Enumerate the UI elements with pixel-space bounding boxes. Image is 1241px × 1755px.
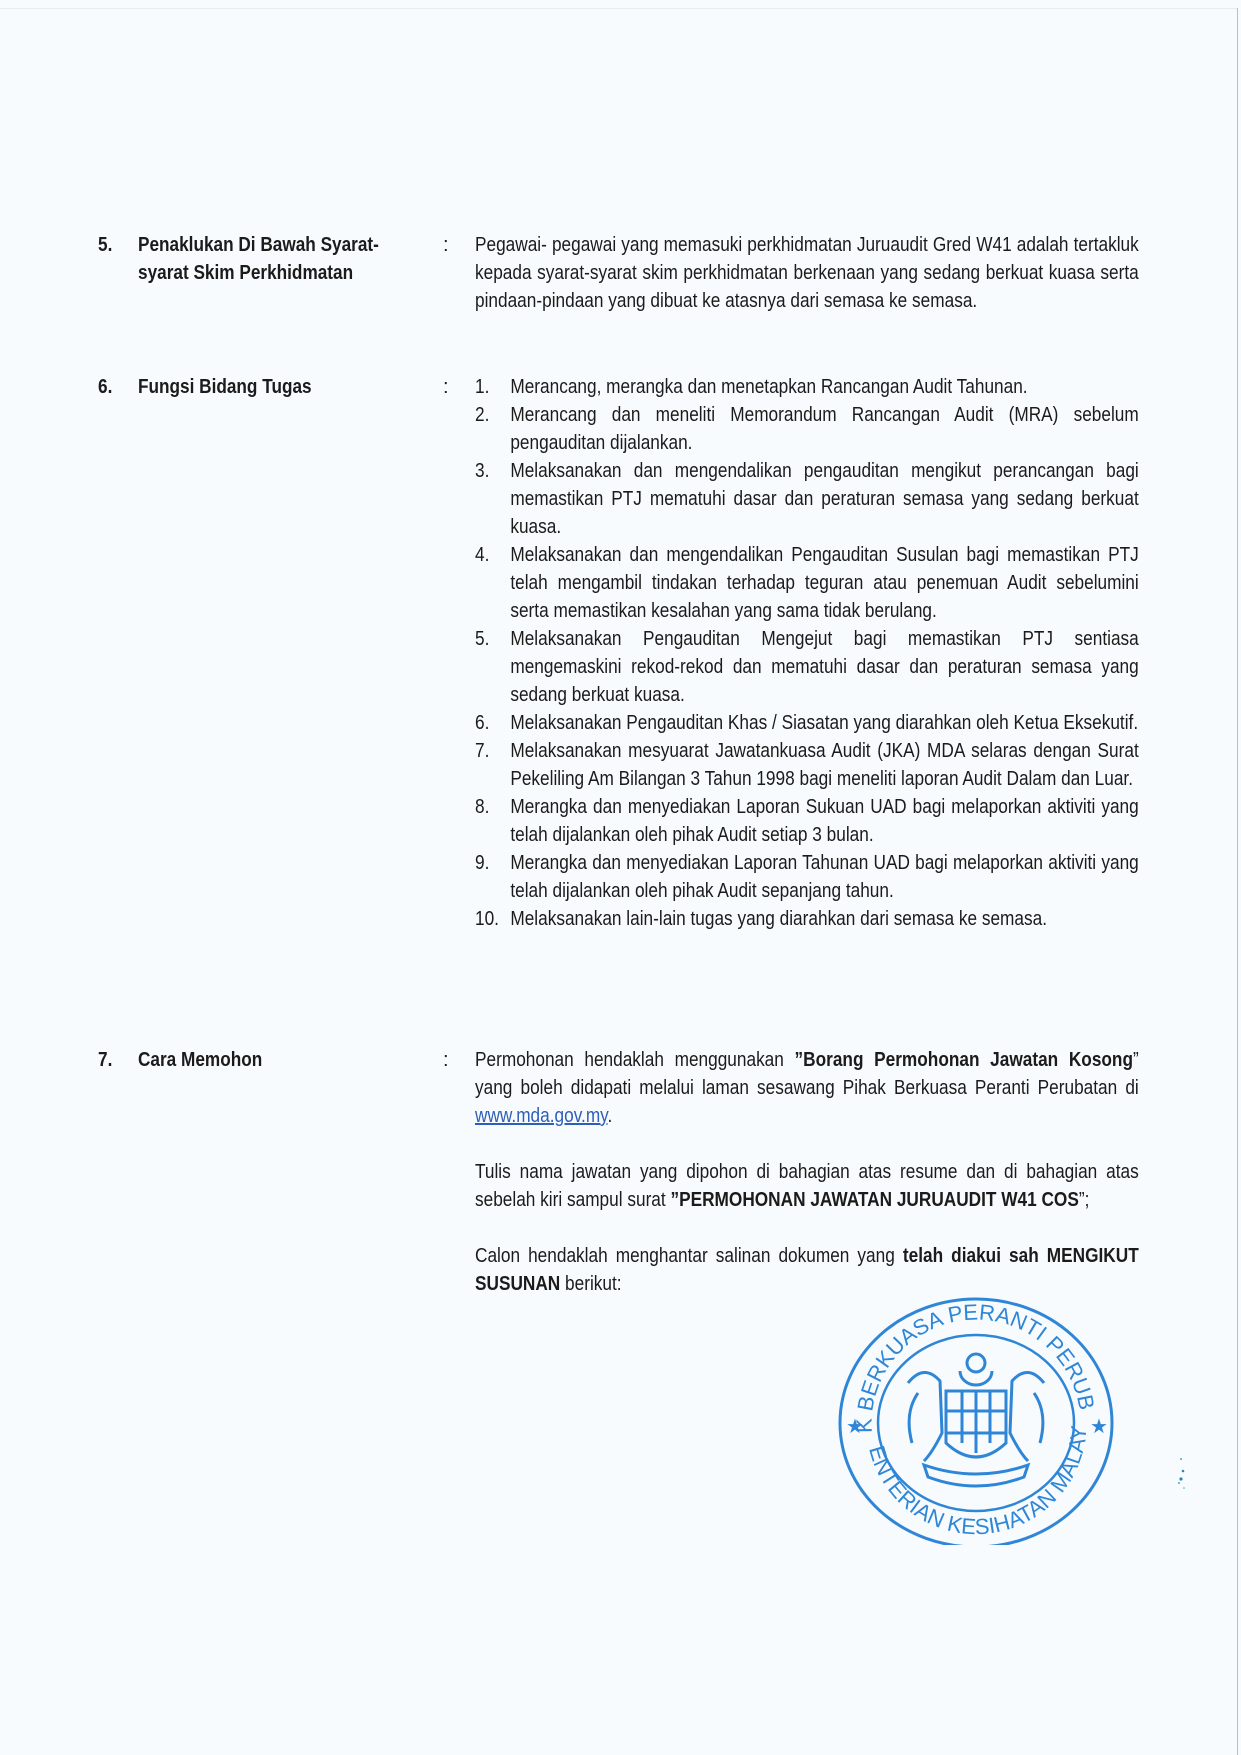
text: berikut:: [560, 1273, 621, 1295]
list-item-text: Melaksanakan lain-lain tugas yang diarah…: [510, 908, 1047, 930]
star-icon: ★: [846, 1416, 864, 1438]
list-item: 8.Merangka dan menyediakan Laporan Sukua…: [475, 793, 1139, 849]
list-item-text: Melaksanakan Pengauditan Khas / Siasatan…: [510, 712, 1138, 734]
list-item-number: 8.: [475, 793, 489, 821]
separator-colon: :: [443, 1046, 449, 1074]
list-item-number: 3.: [475, 457, 489, 485]
section-label-line: Penaklukan Di Bawah Syarat-: [138, 231, 422, 259]
form-name: ”Borang Permohonan Jawatan Kosong: [795, 1049, 1133, 1071]
list-item-number: 7.: [475, 737, 489, 765]
list-item-number: 9.: [475, 849, 489, 877]
section-label-line: syarat Skim Perkhidmatan: [138, 259, 422, 287]
scan-speck: [1174, 1455, 1188, 1495]
separator-colon: :: [443, 373, 449, 401]
list-item-text: Merancang, merangka dan menetapkan Ranca…: [510, 376, 1027, 398]
list-item-text: Melaksanakan Pengauditan Mengejut bagi m…: [510, 628, 1138, 706]
list-item: 6.Melaksanakan Pengauditan Khas / Siasat…: [475, 709, 1139, 737]
text: ”;: [1079, 1189, 1090, 1211]
section-number: 5.: [98, 231, 112, 259]
list-item: 5.Melaksanakan Pengauditan Mengejut bagi…: [475, 625, 1139, 709]
list-item-number: 6.: [475, 709, 489, 737]
text: .: [608, 1105, 613, 1127]
separator-colon: :: [443, 231, 449, 259]
list-item: 7.Melaksanakan mesyuarat Jawatankuasa Au…: [475, 737, 1139, 793]
list-item-number: 2.: [475, 401, 489, 429]
star-icon: ★: [1090, 1416, 1108, 1438]
application-form-paragraph: Permohonan hendaklah menggunakan ”Borang…: [475, 1046, 1139, 1130]
text: Permohonan hendaklah menggunakan: [475, 1049, 795, 1071]
list-item-text: Merangka dan menyediakan Laporan Sukuan …: [510, 796, 1138, 846]
list-item: 9.Merangka dan menyediakan Laporan Tahun…: [475, 849, 1139, 905]
list-item: 10.Melaksanakan lain-lain tugas yang dia…: [475, 905, 1139, 933]
list-item-number: 1.: [475, 373, 489, 401]
list-item-number: 4.: [475, 541, 489, 569]
list-item: 4.Melaksanakan dan mengendalikan Pengaud…: [475, 541, 1139, 625]
mda-website-link[interactable]: www.mda.gov.my: [475, 1105, 608, 1127]
list-item-text: Merangka dan menyediakan Laporan Tahunan…: [510, 852, 1138, 902]
section-label: Cara Memohon: [138, 1046, 422, 1074]
section-content: Permohonan hendaklah menggunakan ”Borang…: [475, 1046, 1139, 1298]
section-content: 1.Merancang, merangka dan menetapkan Ran…: [475, 373, 1139, 933]
list-item: 3.Melaksanakan dan mengendalikan pengaud…: [475, 457, 1139, 541]
coat-of-arms-icon: [908, 1354, 1044, 1486]
list-item: 1.Merancang, merangka dan menetapkan Ran…: [475, 373, 1139, 401]
duties-list: 1.Merancang, merangka dan menetapkan Ran…: [475, 373, 1139, 933]
section-label-line: Cara Memohon: [138, 1046, 422, 1074]
list-item: 2.Merancang dan meneliti Memorandum Ranc…: [475, 401, 1139, 457]
section-label: Fungsi Bidang Tugas: [138, 373, 422, 401]
section-label-line: Fungsi Bidang Tugas: [138, 373, 422, 401]
list-item-number: 5.: [475, 625, 489, 653]
section-number: 6.: [98, 373, 112, 401]
list-item-text: Melaksanakan dan mengendalikan Pengaudit…: [510, 544, 1138, 622]
paragraph: Pegawai- pegawai yang memasuki perkhidma…: [475, 231, 1139, 315]
list-item-text: Melaksanakan mesyuarat Jawatankuasa Audi…: [510, 740, 1138, 790]
envelope-title: ”PERMOHONAN JAWATAN JURUAUDIT W41 COS: [670, 1189, 1078, 1211]
official-stamp: PIHAK BERKUASA PERANTI PERUBATAN KEMENTE…: [828, 1283, 1124, 1545]
page-right-edge: [1237, 8, 1238, 1755]
envelope-instruction-paragraph: Tulis nama jawatan yang dipohon di bahag…: [475, 1158, 1139, 1214]
list-item-text: Melaksanakan dan mengendalikan pengaudit…: [510, 460, 1138, 538]
list-item-text: Merancang dan meneliti Memorandum Rancan…: [510, 404, 1138, 454]
section-label: Penaklukan Di Bawah Syarat- syarat Skim …: [138, 231, 422, 287]
section-content: Pegawai- pegawai yang memasuki perkhidma…: [475, 231, 1139, 315]
section-number: 7.: [98, 1046, 112, 1074]
page-top-edge: [0, 8, 1238, 9]
text: Calon hendaklah menghantar salinan dokum…: [475, 1245, 903, 1267]
list-item-number: 10.: [475, 905, 499, 933]
